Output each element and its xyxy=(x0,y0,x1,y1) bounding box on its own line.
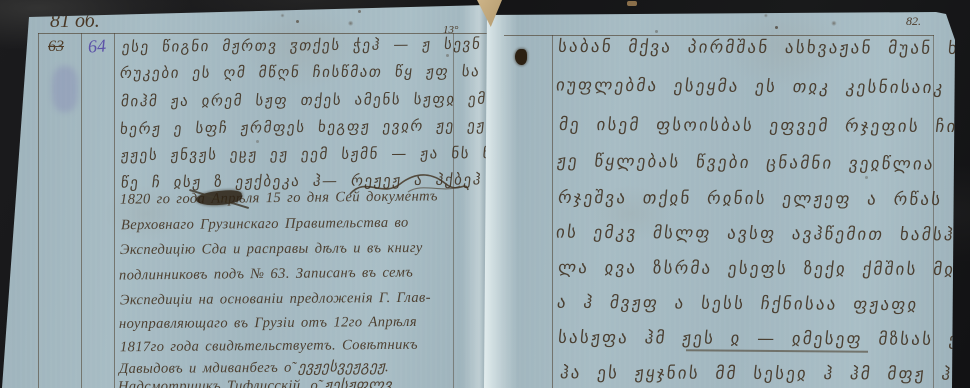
russian-line: 1817го года свидѣтельствуетъ. Совѣтникъ xyxy=(120,337,418,357)
folio-label-81v: 81 об. xyxy=(50,10,100,33)
russian-line: подлинниковъ подъ № 63. Записанъ въ семъ xyxy=(119,264,413,284)
ruled-line-margin xyxy=(552,35,553,388)
georgian-line: საბან მქვა პირმშან ასხვაჟან მუან ხჲბან xyxy=(557,37,970,59)
right-page-edge-highlight xyxy=(484,0,518,388)
paper-chip xyxy=(627,1,637,6)
russian-line: 1820 го года Апрѣля 15 го дня Сей докуме… xyxy=(120,188,438,208)
georgian-line: ა ჰ მვჟფ ა სესს ჩქნისაა ფჟაფჲ xyxy=(556,293,920,316)
georgian-line: სასჟფა ჰმ ჟეს ჲ — ჲმესეფ მზსას ქფ xyxy=(557,328,970,350)
ruled-line-top xyxy=(504,35,934,36)
georgian-line: იუფლებმა ესეყმა ეს თჲკ კესნისაიკ იფ xyxy=(555,76,970,99)
entry-number: 64 xyxy=(87,35,106,57)
russian-line: ноуправляющаго въ Грузiи отъ 12го Апрѣля xyxy=(119,314,417,333)
ruled-line-margin-3 xyxy=(114,33,115,388)
georgian-line: მე ისემ ფსოისბას ეფვემ რჯეფის ჩი xyxy=(558,115,959,137)
russian-line: Надсмотрщикъ Тифлисскiй. о̃ ჟესჟფლვ xyxy=(118,377,392,388)
georgian-line: ხერჟ ე სფჩ ჟრმფეს ხეგფჟ ევჲრ ჟე ეჟქ xyxy=(119,116,487,138)
russian-line: Верховнаго Грузинскаго Правительства во xyxy=(121,215,409,235)
underline-mark xyxy=(686,349,868,352)
ruled-line-right-margin xyxy=(453,33,454,388)
ink-blot xyxy=(515,49,527,65)
paper-speck xyxy=(296,20,299,23)
left-page: 81 об. 63 64 13° ესე წიგნი მჟრთვ ჳთქეს ჭ… xyxy=(0,0,487,388)
ruled-line-margin-1 xyxy=(38,33,39,388)
georgian-line: ჰა ეს ჟყჯნის მმ სესეჲ ჰ ჰმ მფჟ ჰ ჟ— xyxy=(559,363,970,385)
georgian-line: ის ემკვ მსლფ ავსფ ავჰწემით ხამსჰ xyxy=(555,223,956,246)
folio-label-82r: 82. xyxy=(906,14,921,29)
paper-speck xyxy=(775,26,778,29)
georgian-line: მიჰმ ჟა ჲრემ სჟფ თქეს ამენს სჟფჲ ემ xyxy=(120,90,487,111)
georgian-line: ლა ჲვა ზსრმა ესეფს ზექჲ ქმშის მჲ xyxy=(557,258,956,280)
manuscript-scan: 81 об. 63 64 13° ესე წიგნი მჟრთვ ჳთქეს ჭ… xyxy=(0,0,970,388)
entry-number-crossed: 63 xyxy=(48,38,64,56)
ruled-line-top xyxy=(38,33,487,34)
georgian-line: რუკები ეს ღმ მწღნ ჩისწმათ წყ ჟფ სა ჲრ xyxy=(119,62,487,82)
right-page: 82. საბან მქვა პირმშან ასხვაჟან მუან ხჲბ… xyxy=(484,0,970,388)
georgian-line: რჯეშვა თქჲნ რჲნის ელჟეფ ა რწას xyxy=(557,188,943,210)
georgian-line: ესე წიგნი მჟრთვ ჳთქეს ჭეჰ — ჟ სევნ მაცვლ xyxy=(121,34,487,56)
georgian-line: ჟჟეს ჟნვჟს ეჸჟ ეჟ ეემ სჟმნ — ჟა ნს ნქ xyxy=(120,144,487,164)
ruled-line-margin-2 xyxy=(81,33,82,388)
russian-line: Экспедицiю Сда и расправы дѣлъ и въ книг… xyxy=(120,240,423,259)
georgian-line: ჟე წყლებას წვები ცნამნი ვეჲწლია xyxy=(556,151,936,174)
violet-ink-ghost xyxy=(52,66,78,112)
russian-line: Давыдовъ и мдиванбегъ о̃ ევჟესვეჟგეჟ. xyxy=(119,359,389,378)
russian-line: Экспедицiи на основанiи предложенiя Г. Г… xyxy=(120,290,431,310)
